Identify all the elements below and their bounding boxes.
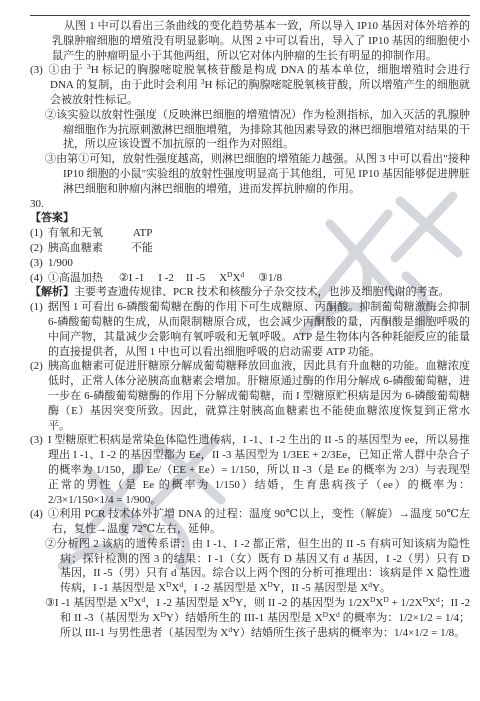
prev-answer-sub-2: ②该实验以放射性强度（反映淋巴细胞的增殖情况）作为检测指标，加入灭活的乳腺肿瘤细… bbox=[30, 108, 470, 152]
item-text: 据图 1 可看出 6-磷酸葡萄糖在酶的作用下可生成糖原、丙酮酸。抑制葡萄糖激酶会… bbox=[48, 301, 470, 357]
answer-row-4: (4)①高温加热②I -1I -2II -5XDXd③1/8 bbox=[30, 271, 470, 286]
analysis-intro: 【解析】主要考查遗传规律、PCR 技术和核酸分子杂交技术，也涉及细胞代谢的考查。 bbox=[30, 285, 470, 300]
analysis-item-2: (2)胰高血糖素可促进肝糖原分解成葡萄糖释放回血液，因此具有升血糖的功能。血糖浓… bbox=[30, 359, 470, 433]
analysis-item-1: (1)据图 1 可看出 6-磷酸葡萄糖在酶的作用下可生成糖原、丙酮酸。抑制葡萄糖… bbox=[30, 300, 470, 359]
item-label: (4) bbox=[30, 508, 43, 520]
item-text: ①由于 3H 标记的胸腺嘧啶脱氧核苷酸是构成 DNA 的基本单位，细胞增殖时会进… bbox=[48, 64, 470, 106]
answer-value: 有氧和无氧 bbox=[48, 227, 103, 239]
prev-answer-sub-3: ③由第①可知，放射性强度越高，则淋巴细胞的增殖能力越强。从图 3 中可以看出"接… bbox=[30, 152, 470, 196]
analysis-header: 【解析】 bbox=[30, 286, 74, 298]
prev-answer-continuation: 从图 1 中可以看出三条曲线的变化趋势基本一致，所以导入 IP10 基因对体外培… bbox=[30, 19, 470, 63]
top-rule bbox=[30, 15, 470, 16]
answer-value: XDXd bbox=[219, 272, 244, 284]
answer-label: (1) bbox=[30, 227, 43, 239]
answer-value: ③1/8 bbox=[258, 272, 282, 284]
answer-value: 不能 bbox=[131, 242, 153, 254]
answer-label: (4) bbox=[30, 272, 43, 284]
answer-header: 【答案】 bbox=[30, 211, 470, 226]
answer-value: II -5 bbox=[186, 272, 205, 284]
question-number: 30. bbox=[30, 197, 470, 212]
answer-label: (2) bbox=[30, 242, 43, 254]
analysis-item-4: (4)①利用 PCR 技术体外扩增 DNA 的过程：温度 90℃以上，变性（解旋… bbox=[30, 507, 470, 537]
answer-value: ATP bbox=[133, 227, 153, 239]
item-text: 胰高血糖素可促进肝糖原分解成葡萄糖释放回血液，因此具有升血糖的功能。血糖浓度低时… bbox=[48, 360, 470, 431]
item-label: (3) bbox=[30, 434, 43, 446]
analysis-intro-text: 主要考查遗传规律、PCR 技术和核酸分子杂交技术，也涉及细胞代谢的考查。 bbox=[74, 286, 450, 298]
answer-value: ②I -1 bbox=[119, 272, 144, 284]
answer-value: 胰高血糖素 bbox=[48, 242, 103, 254]
prev-answer-item-3: (3)①由于 3H 标记的胸腺嘧啶脱氧核苷酸是构成 DNA 的基本单位，细胞增殖… bbox=[30, 63, 470, 107]
item-text: ①利用 PCR 技术体外扩增 DNA 的过程：温度 90℃以上，变性（解旋）→温… bbox=[48, 508, 470, 535]
item-text: I 型糖原贮积病是常染色体隐性遗传病，I -1、I -2 生出的 II -5 的… bbox=[48, 434, 470, 505]
answer-key-content: 从图 1 中可以看出三条曲线的变化趋势基本一致，所以导入 IP10 基因对体外培… bbox=[0, 0, 480, 640]
answer-value: I -2 bbox=[158, 272, 174, 284]
answer-value: 1/900 bbox=[48, 257, 73, 269]
answer-label: (3) bbox=[30, 257, 43, 269]
answer-row-1: (1)有氧和无氧ATP bbox=[30, 226, 470, 241]
item-label: (2) bbox=[30, 360, 43, 372]
document-page: 从图 1 中可以看出三条曲线的变化趋势基本一致，所以导入 IP10 基因对体外培… bbox=[0, 0, 480, 701]
item-label: (1) bbox=[30, 301, 43, 313]
analysis-item-4-sub-2: ②分析图 2 该病的遗传系谱：由 I -1、I -2 都正常，但生出的 II -… bbox=[30, 537, 470, 596]
analysis-item-4-sub-3: ③I -1 基因型是 XDXd，I -2 基因型是 XDY，则 II -2 的基… bbox=[30, 596, 470, 640]
answer-row-2: (2)胰高血糖素不能 bbox=[30, 241, 470, 256]
analysis-item-3: (3)I 型糖原贮积病是常染色体隐性遗传病，I -1、I -2 生出的 II -… bbox=[30, 433, 470, 507]
item-label: (3) bbox=[30, 64, 43, 76]
answer-value: ①高温加热 bbox=[48, 272, 103, 284]
answer-row-3: (3)1/900 bbox=[30, 256, 470, 271]
